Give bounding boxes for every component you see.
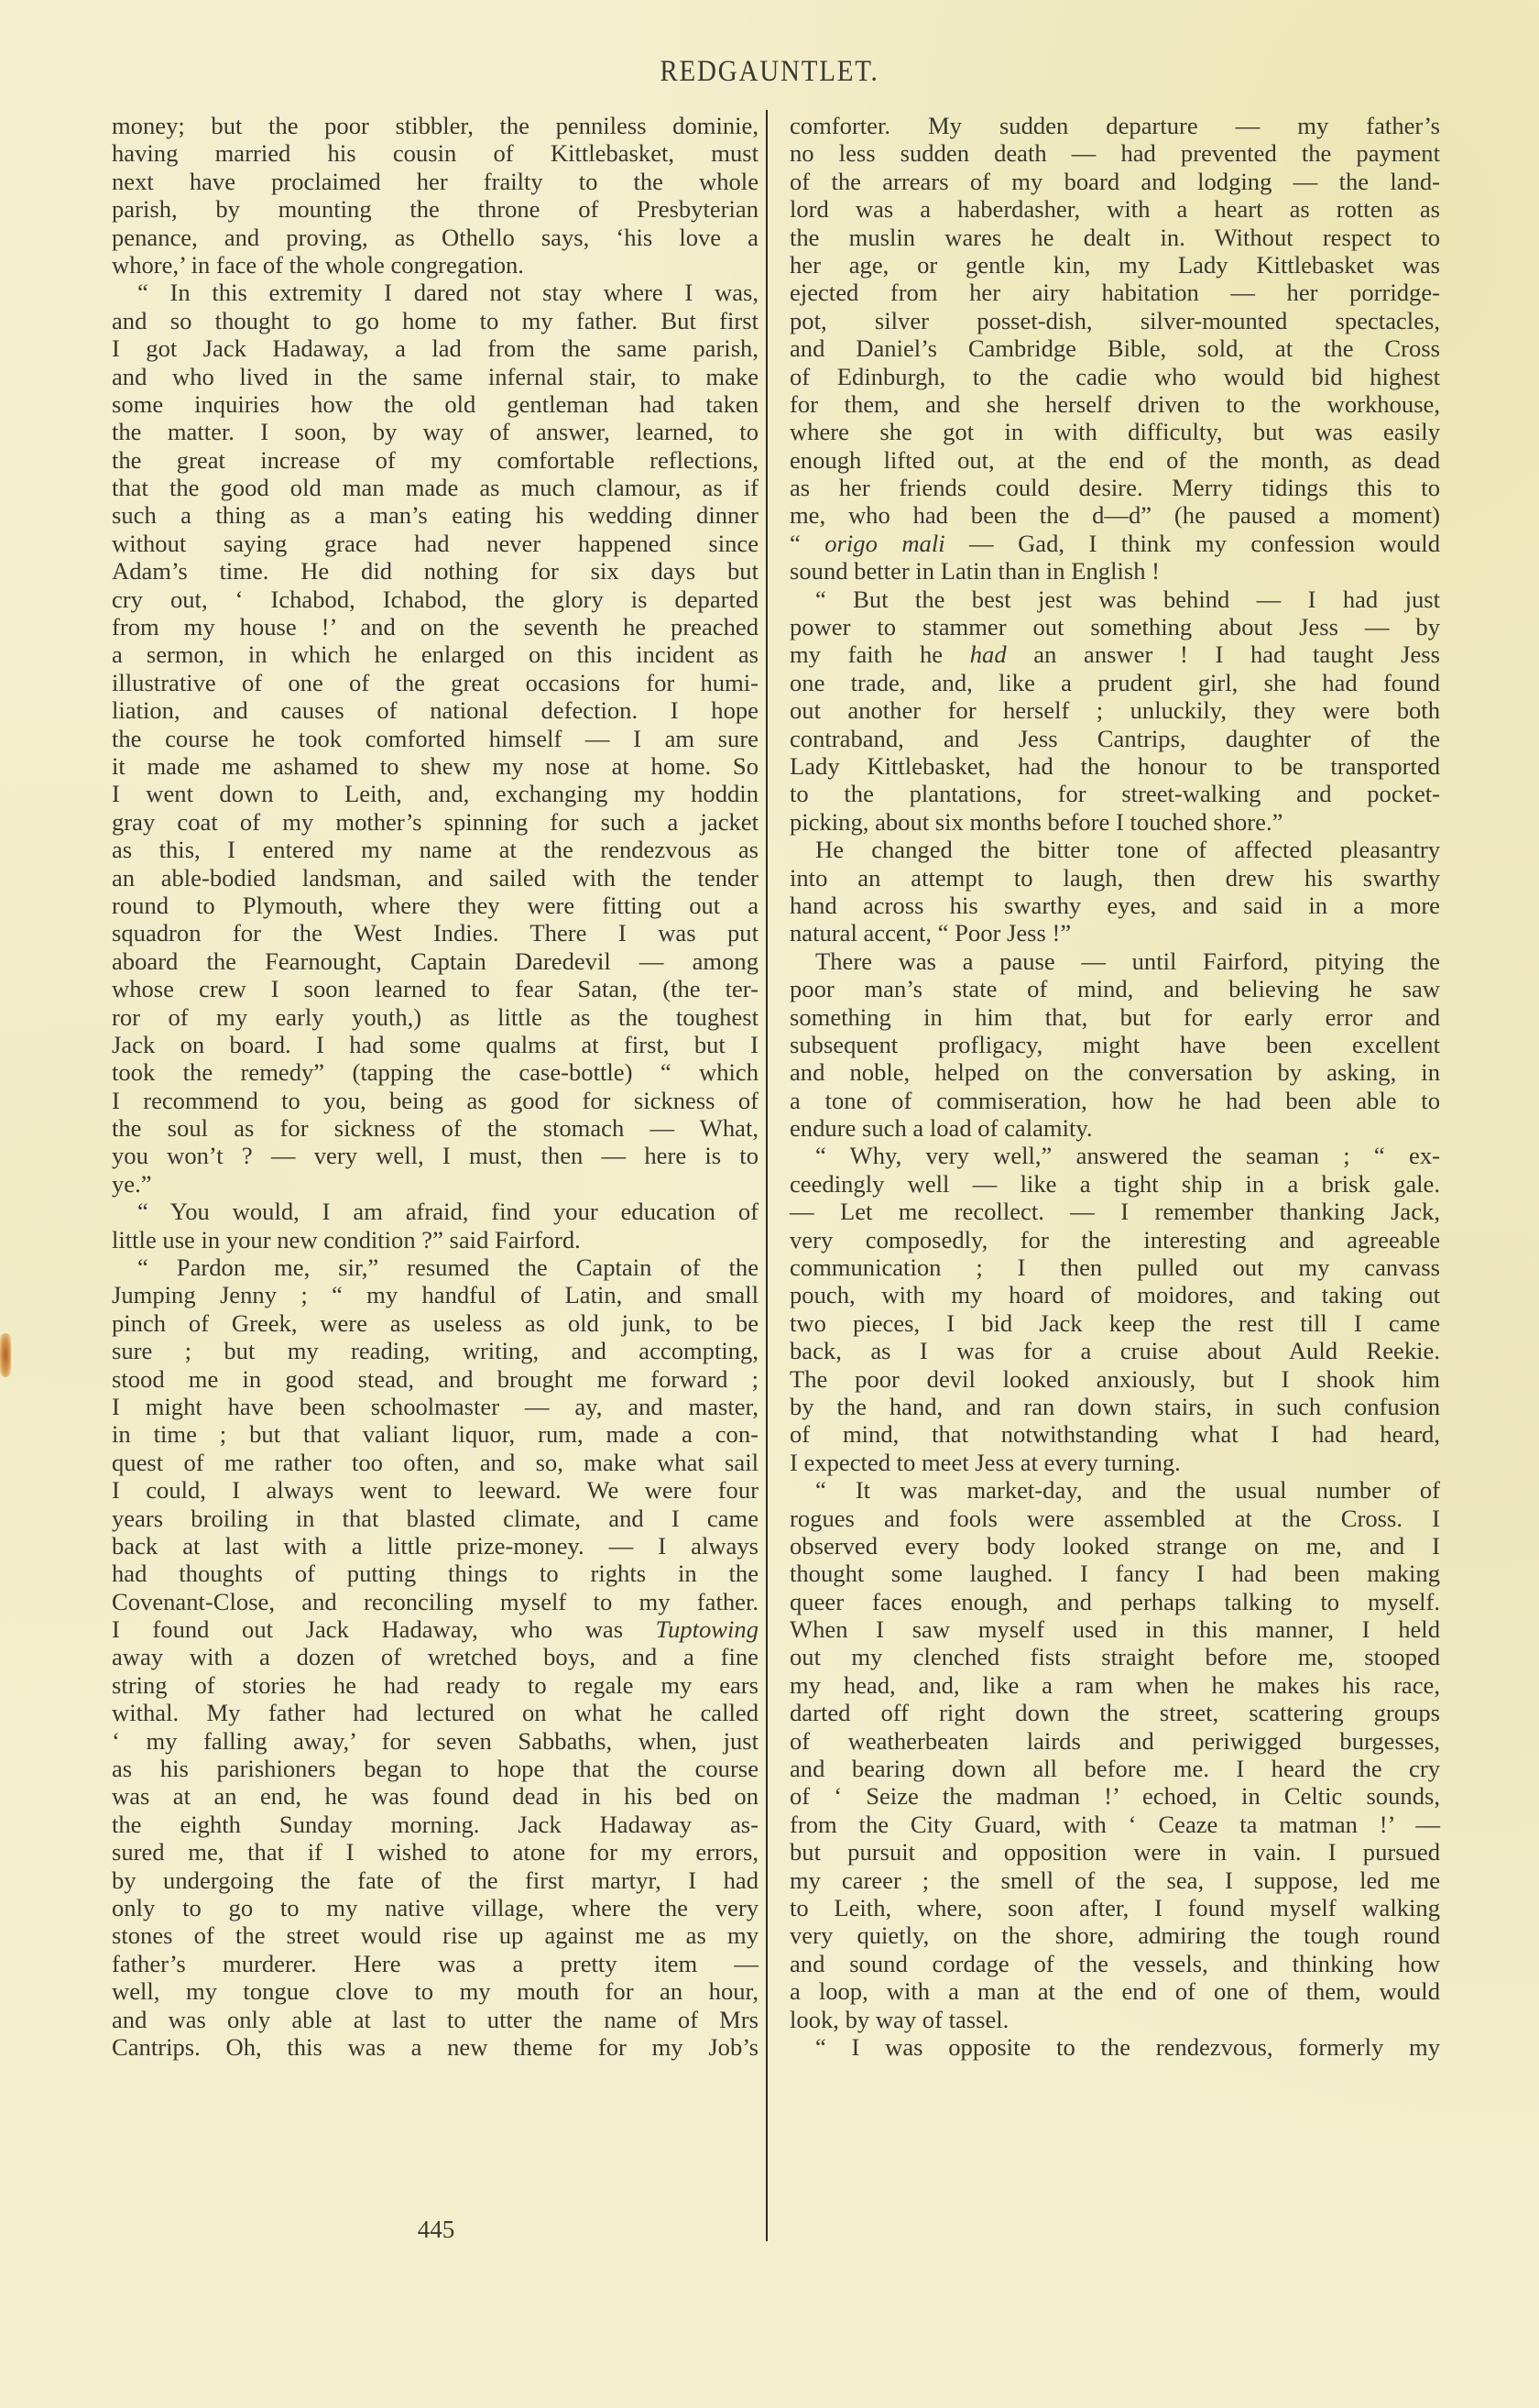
text-line: stood me in good stead, and brought me f… (112, 1365, 759, 1393)
text-line: natural accent, “ Poor Jess !” (790, 919, 1440, 947)
text-line: and Daniel’s Cambridge Bible, sold, at t… (790, 334, 1440, 362)
text-line: as this, I entered my name at the rendez… (112, 836, 759, 863)
text-line: back at last with a little prize-money. … (112, 1532, 759, 1560)
text-line: squadron for the West Indies. There I wa… (112, 919, 759, 947)
text-line: of weatherbeaten lairds and periwigged b… (790, 1727, 1440, 1755)
text-line: picking, about six months before I touch… (790, 808, 1440, 836)
text-line: stones of the street would rise up again… (112, 1921, 759, 1949)
text-line: of mind, that notwithstanding what I had… (790, 1420, 1440, 1448)
text-line: such a thing as a man’s eating his weddi… (112, 501, 759, 529)
text-line: it made me ashamed to shew my nose at ho… (112, 752, 759, 780)
text-line: ejected from her airy habitation — her p… (790, 279, 1440, 306)
text-line: into an attempt to laugh, then drew his … (790, 864, 1440, 892)
text-line: something in him that, but for early err… (790, 1003, 1440, 1031)
text-line: as his parishioners began to hope that t… (112, 1755, 759, 1782)
text-line: I could, I always went to leeward. We we… (112, 1476, 759, 1504)
text-line: was at an end, he was found dead in his … (112, 1782, 759, 1810)
text-line: the course he took comforted himself — I… (112, 725, 759, 752)
text-line: an able-bodied landsman, and sailed with… (112, 864, 759, 892)
text-line: and was only able at last to utter the n… (112, 2006, 759, 2033)
text-line: darted off right down the street, scatte… (790, 1699, 1440, 1726)
text-line: away with a dozen of wretched boys, and … (112, 1643, 759, 1670)
text-line: the soul as for sickness of the stomach … (112, 1114, 759, 1142)
right-text-column: comforter. My sudden departure — my fath… (790, 112, 1440, 2061)
text-line: the muslin wares he dealt in. Without re… (790, 224, 1440, 251)
text-line: subsequent profligacy, might have been e… (790, 1031, 1440, 1058)
text-line: pouch, with my hoard of moidores, and ta… (790, 1281, 1440, 1308)
text-line: round to Plymouth, where they were fitti… (112, 892, 759, 919)
text-line: the great increase of my comfortable ref… (112, 446, 759, 474)
text-line: queer faces enough, and perhaps talking … (790, 1588, 1440, 1615)
text-line: two pieces, I bid Jack keep the rest til… (790, 1309, 1440, 1337)
text-line: took the remedy” (tapping the case-bottl… (112, 1058, 759, 1086)
text-line: by the hand, and ran down stairs, in suc… (790, 1393, 1440, 1420)
text-line: rogues and fools were assembled at the C… (790, 1505, 1440, 1532)
text-line: a tone of commiseration, how he had been… (790, 1087, 1440, 1114)
text-line: of the arrears of my board and lodging —… (790, 168, 1440, 195)
text-line: Adam’s time. He did nothing for six days… (112, 557, 759, 585)
text-line: to the plantations, for street-walking a… (790, 780, 1440, 807)
book-page: REDGAUNTLET. money; but the poor stibble… (0, 0, 1539, 2408)
text-line: only to go to my native village, where t… (112, 1894, 759, 1921)
text-line: the matter. I soon, by way of answer, le… (112, 418, 759, 445)
text-line: my career ; the smell of the sea, I supp… (790, 1866, 1440, 1894)
text-line: I expected to meet Jess at every turning… (790, 1449, 1440, 1476)
text-line: “ It was market-day, and the usual numbe… (790, 1476, 1440, 1504)
text-line: quest of me rather too often, and so, ma… (112, 1449, 759, 1476)
column-divider-rule (766, 110, 768, 2241)
text-line: The poor devil looked anxiously, but I s… (790, 1365, 1440, 1393)
text-line: without saying grace had never happened … (112, 530, 759, 557)
text-line: enough lifted out, at the end of the mon… (790, 446, 1440, 474)
text-line: ceedingly well — like a tight ship in a … (790, 1170, 1440, 1198)
text-line: money; but the poor stibbler, the pennil… (112, 112, 759, 139)
text-line: I recommend to you, being as good for si… (112, 1087, 759, 1114)
text-line: penance, and proving, as Othello says, ‘… (112, 224, 759, 251)
text-line: Covenant-Close, and reconciling myself t… (112, 1588, 759, 1615)
text-line: communication ; I then pulled out my can… (790, 1253, 1440, 1281)
text-line: for them, and she herself driven to the … (790, 390, 1440, 418)
text-line: There was a pause — until Fairford, pity… (790, 947, 1440, 975)
text-line: power to stammer out something about Jes… (790, 613, 1440, 640)
text-line: out my clenched fists straight before me… (790, 1643, 1440, 1670)
text-line: next have proclaimed her frailty to the … (112, 168, 759, 195)
text-line: her age, or gentle kin, my Lady Kittleba… (790, 251, 1440, 279)
text-line: “ I was opposite to the rendezvous, form… (790, 2033, 1440, 2061)
text-line: where she got in with difficulty, but wa… (790, 418, 1440, 445)
text-line: string of stories he had ready to regale… (112, 1671, 759, 1699)
text-line: and who lived in the same infernal stair… (112, 363, 759, 390)
text-line: gray coat of my mother’s spinning for su… (112, 808, 759, 836)
text-line: little use in your new condition ?” said… (112, 1226, 759, 1253)
text-line: back, as I was for a cruise about Auld R… (790, 1337, 1440, 1364)
text-line: by undergoing the fate of the first mart… (112, 1866, 759, 1894)
text-line: but pursuit and opposition were in vain.… (790, 1838, 1440, 1866)
text-line: of ‘ Seize the madman !’ echoed, in Celt… (790, 1782, 1440, 1810)
text-line: comforter. My sudden departure — my fath… (790, 112, 1440, 139)
text-line: He changed the bitter tone of affected p… (790, 836, 1440, 863)
text-line: one trade, and, like a prudent girl, she… (790, 669, 1440, 696)
text-line: cry out, ‘ Ichabod, Ichabod, the glory i… (112, 586, 759, 613)
text-line: observed every body looked strange on me… (790, 1532, 1440, 1560)
text-line: parish, by mounting the throne of Presby… (112, 195, 759, 223)
text-line: ror of my early youth,) as little as the… (112, 1003, 759, 1031)
text-line: “ You would, I am afraid, find your educ… (112, 1198, 759, 1225)
text-line: from the City Guard, with ‘ Ceaze ta mat… (790, 1811, 1440, 1838)
text-line: some inquiries how the old gentleman had… (112, 390, 759, 418)
paper-stain-mark (0, 1333, 11, 1377)
text-line: of Edinburgh, to the cadie who would bid… (790, 363, 1440, 390)
text-line: I might have been schoolmaster — ay, and… (112, 1393, 759, 1420)
text-line: sure ; but my reading, writing, and acco… (112, 1337, 759, 1364)
text-line: aboard the Fearnought, Captain Daredevil… (112, 947, 759, 975)
text-line: “ Pardon me, sir,” resumed the Captain o… (112, 1253, 759, 1281)
text-line: illustrative of one of the great occasio… (112, 669, 759, 696)
text-line: “ origo mali — Gad, I think my confessio… (790, 530, 1440, 557)
text-line: and noble, helped on the conversation by… (790, 1058, 1440, 1086)
text-line: in time ; but that valiant liquor, rum, … (112, 1420, 759, 1448)
text-line: look, by way of tassel. (790, 2006, 1440, 2033)
text-line: and bearing down all before me. I heard … (790, 1755, 1440, 1782)
text-line: years broiling in that blasted climate, … (112, 1505, 759, 1532)
text-line: from my house !’ and on the seventh he p… (112, 613, 759, 640)
text-line: ‘ my falling away,’ for seven Sabbaths, … (112, 1727, 759, 1755)
text-line: my faith he had an answer ! I had taught… (790, 640, 1440, 668)
text-line: Lady Kittlebasket, had the honour to be … (790, 752, 1440, 780)
text-line: pot, silver posset-dish, silver-mounted … (790, 307, 1440, 334)
text-line: a loop, with a man at the end of one of … (790, 1977, 1440, 2005)
text-line: contraband, and Jess Cantrips, daughter … (790, 725, 1440, 752)
text-line: pinch of Greek, were as useless as old j… (112, 1309, 759, 1337)
text-line: had thoughts of putting things to rights… (112, 1560, 759, 1587)
text-line: “ But the best jest was behind — I had j… (790, 586, 1440, 613)
left-text-column: money; but the poor stibbler, the pennil… (112, 112, 759, 2061)
text-line: thought some laughed. I fancy I had been… (790, 1560, 1440, 1587)
running-title: REDGAUNTLET. (93, 55, 1446, 89)
text-line: to Leith, where, soon after, I found mys… (790, 1894, 1440, 1921)
text-line: When I saw myself used in this manner, I… (790, 1615, 1440, 1643)
text-line: as her friends could desire. Merry tidin… (790, 474, 1440, 501)
text-line: endure such a load of calamity. (790, 1114, 1440, 1142)
text-line: whore,’ in face of the whole congregatio… (112, 251, 759, 279)
text-line: poor man’s state of mind, and believing … (790, 975, 1440, 1002)
text-line: the eighth Sunday morning. Jack Hadaway … (112, 1811, 759, 1838)
text-line: a sermon, in which he enlarged on this i… (112, 640, 759, 668)
text-line: out another for herself ; unluckily, the… (790, 696, 1440, 724)
text-line: withal. My father had lectured on what h… (112, 1699, 759, 1726)
text-line: sured me, that if I wished to atone for … (112, 1838, 759, 1866)
text-line: very composedly, for the interesting and… (790, 1226, 1440, 1253)
text-line: I got Jack Hadaway, a lad from the same … (112, 334, 759, 362)
text-line: ye.” (112, 1170, 759, 1198)
text-line: “ Why, very well,” answered the seaman ;… (790, 1142, 1440, 1169)
text-line: I went down to Leith, and, exchanging my… (112, 780, 759, 807)
text-line: well, my tongue clove to my mouth for an… (112, 1977, 759, 2005)
text-line: Jack on board. I had some qualms at firs… (112, 1031, 759, 1058)
text-line: very quietly, on the shore, admiring the… (790, 1921, 1440, 1949)
text-line: and so thought to go home to my father. … (112, 307, 759, 334)
text-line: I found out Jack Hadaway, who was Tuptow… (112, 1615, 759, 1643)
text-line: sound better in Latin than in English ! (790, 557, 1440, 585)
text-line: and sound cordage of the vessels, and th… (790, 1950, 1440, 1977)
text-line: hand across his swarthy eyes, and said i… (790, 892, 1440, 919)
text-line: — Let me recollect. — I remember thankin… (790, 1198, 1440, 1225)
text-line: whose crew I soon learned to fear Satan,… (112, 975, 759, 1002)
text-line: that the good old man made as much clamo… (112, 474, 759, 501)
text-line: you won’t ? — very well, I must, then — … (112, 1142, 759, 1169)
text-line: “ In this extremity I dared not stay whe… (112, 279, 759, 306)
text-line: my head, and, like a ram when he makes h… (790, 1671, 1440, 1699)
text-line: no less sudden death — had prevented the… (790, 139, 1440, 167)
text-line: father’s murderer. Here was a pretty ite… (112, 1950, 759, 1977)
text-line: lord was a haberdasher, with a heart as … (790, 195, 1440, 223)
page-number: 445 (399, 2216, 473, 2244)
text-line: Cantrips. Oh, this was a new theme for m… (112, 2033, 759, 2061)
text-line: liation, and causes of national defectio… (112, 696, 759, 724)
text-line: me, who had been the d—d” (he paused a m… (790, 501, 1440, 529)
text-line: Jumping Jenny ; “ my handful of Latin, a… (112, 1281, 759, 1308)
text-line: having married his cousin of Kittlebaske… (112, 139, 759, 167)
